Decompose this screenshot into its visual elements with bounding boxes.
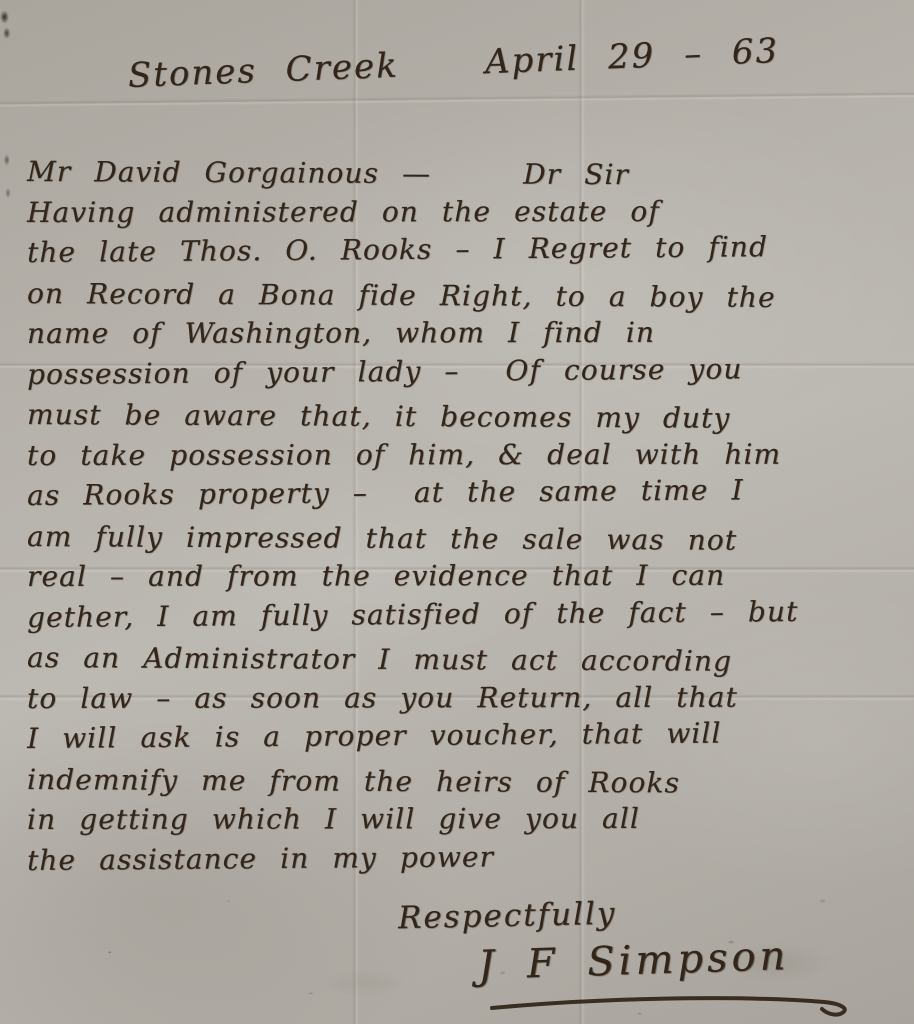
letter-line: I will ask is a proper voucher, that wil…: [27, 712, 907, 759]
letter-line: gether, I am fully satisfied of the fact…: [27, 591, 907, 638]
closing: Respectfully: [398, 896, 617, 937]
letter-line: possession of your lady – Of course you: [27, 348, 907, 395]
letter-line: as Rooks property – at the same time I: [27, 469, 907, 516]
ink-marks-left-edge: [2, 148, 14, 208]
letter-line: must be aware that, it becomes my duty: [27, 395, 907, 440]
letter-line: as an Administrator I must act according: [27, 638, 907, 683]
ink-blot-top-left: [0, 8, 15, 44]
letter-body: Mr David Gorgainous — Dr Sir Having admi…: [27, 152, 907, 881]
letter-line: the assistance in my power: [27, 834, 907, 881]
salutation: Mr David Gorgainous — Dr Sir: [27, 152, 907, 197]
letter-line: the late Thos. O. Rooks – I Regret to fi…: [27, 226, 907, 273]
signature: J F Simpson: [477, 933, 790, 989]
letter-photograph: Stones Creek April 29 – 63 Mr David Gorg…: [0, 0, 914, 1024]
signature-flourish: [488, 990, 868, 1018]
dateline: Stones Creek April 29 – 63: [127, 31, 780, 96]
